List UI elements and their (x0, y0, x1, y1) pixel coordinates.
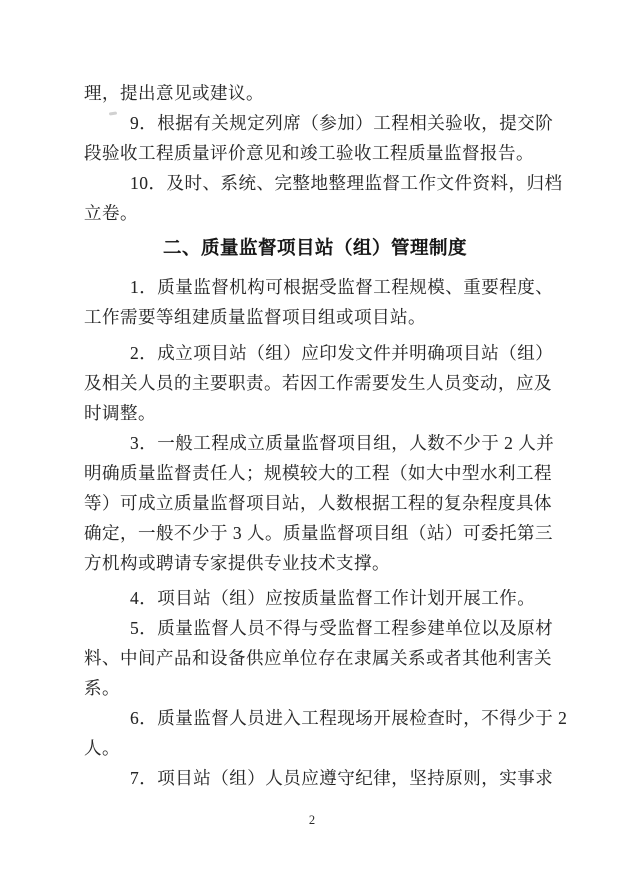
paragraph-item-7: 7．项目站（组）人员应遵守纪律，坚持原则，实事求 (84, 763, 546, 793)
paragraph-item-6: 6．质量监督人员进入工程现场开展检查时，不得少于 2 人。 (84, 703, 546, 763)
document-body: 理，提出意见或建议。 9．根据有关规定列席（参加）工程相关验收，提交阶 段验收工… (84, 78, 546, 793)
paragraph-item-3: 3．一般工程成立质量监督项目组，人数不少于 2 人并 明确质量监督责任人；规模较… (84, 428, 546, 578)
paragraph-item-2: 2．成立项目站（组）应印发文件并明确项目站（组） 及相关人员的主要职责。若因工作… (84, 338, 546, 428)
section-heading: 二、质量监督项目站（组）管理制度 (84, 234, 546, 264)
page-number: 2 (0, 812, 624, 828)
paragraph-item-5: 5．质量监督人员不得与受监督工程参建单位以及原材 料、中间产品和设备供应单位存在… (84, 613, 546, 703)
paragraph-item-9: 9．根据有关规定列席（参加）工程相关验收，提交阶 段验收工程质量评价意见和竣工验… (84, 108, 546, 168)
document-page: 理，提出意见或建议。 9．根据有关规定列席（参加）工程相关验收，提交阶 段验收工… (0, 0, 624, 886)
paragraph-continuation: 理，提出意见或建议。 (84, 78, 546, 108)
paragraph-item-4: 4．项目站（组）应按质量监督工作计划开展工作。 (84, 583, 546, 613)
paragraph-item-1: 1．质量监督机构可根据受监督工程规模、重要程度、 工作需要等组建质量监督项目组或… (84, 272, 546, 332)
paragraph-item-10: 10．及时、系统、完整地整理监督工作文件资料，归档 立卷。 (84, 168, 546, 228)
